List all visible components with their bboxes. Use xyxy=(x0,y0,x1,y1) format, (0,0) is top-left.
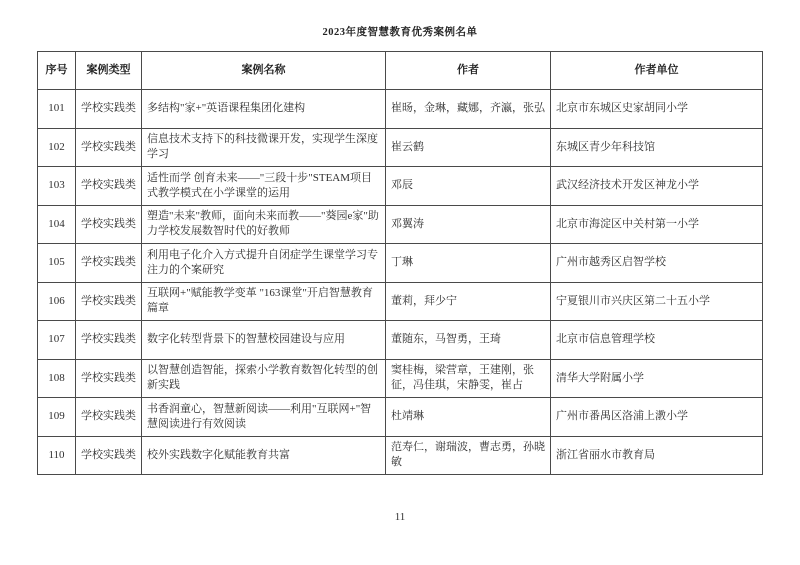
cell-author-unit: 北京市东城区史家胡同小学 xyxy=(551,90,763,129)
cell-authors: 范寿仁，谢瑞波，曹志勇，孙晓敏 xyxy=(386,436,551,475)
col-header-authors: 作者 xyxy=(386,52,551,90)
col-header-serial: 序号 xyxy=(38,52,76,90)
cell-case-type: 学校实践类 xyxy=(76,244,142,283)
cell-authors: 董莉，拜少宁 xyxy=(386,282,551,321)
cell-case-type: 学校实践类 xyxy=(76,167,142,206)
case-table: 序号 案例类型 案例名称 作者 作者单位 101 学校实践类 多结构"家+"英语… xyxy=(37,51,763,475)
cell-author-unit: 浙江省丽水市教育局 xyxy=(551,436,763,475)
cell-case-type: 学校实践类 xyxy=(76,128,142,167)
table-row: 104 学校实践类 塑造"未来"教师，面向未来而教——"葵园e家"助力学校发展数… xyxy=(38,205,763,244)
table-row: 101 学校实践类 多结构"家+"英语课程集团化建构 崔旸，金琳，藏娜，齐瀛，张… xyxy=(38,90,763,129)
table-header-row: 序号 案例类型 案例名称 作者 作者单位 xyxy=(38,52,763,90)
table-row: 109 学校实践类 书香润童心，智慧新阅读——利用"互联网+"智慧阅读进行有效阅… xyxy=(38,398,763,437)
col-header-author-unit: 作者单位 xyxy=(551,52,763,90)
cell-case-name: 以智慧创造智能，探索小学教育数智化转型的创新实践 xyxy=(142,359,386,398)
table-row: 103 学校实践类 适性而学 创育未来——"三段十步"STEAM项目式教学模式在… xyxy=(38,167,763,206)
table-row: 102 学校实践类 信息技术支持下的科技微课开发，实现学生深度学习 崔云鹤 东城… xyxy=(38,128,763,167)
cell-case-type: 学校实践类 xyxy=(76,90,142,129)
cell-authors: 邓翼涛 xyxy=(386,205,551,244)
cell-case-name: 利用电子化介入方式提升自闭症学生课堂学习专注力的个案研究 xyxy=(142,244,386,283)
page-number: 11 xyxy=(0,511,800,523)
cell-case-type: 学校实践类 xyxy=(76,359,142,398)
cell-author-unit: 北京市信息管理学校 xyxy=(551,321,763,360)
cell-case-type: 学校实践类 xyxy=(76,205,142,244)
cell-serial: 103 xyxy=(38,167,76,206)
cell-case-name: 信息技术支持下的科技微课开发，实现学生深度学习 xyxy=(142,128,386,167)
table-row: 105 学校实践类 利用电子化介入方式提升自闭症学生课堂学习专注力的个案研究 丁… xyxy=(38,244,763,283)
cell-case-type: 学校实践类 xyxy=(76,321,142,360)
table-row: 107 学校实践类 数字化转型背景下的智慧校园建设与应用 董随东，马智勇，王琦 … xyxy=(38,321,763,360)
cell-author-unit: 广州市番禺区洛浦上漖小学 xyxy=(551,398,763,437)
cell-authors: 邓辰 xyxy=(386,167,551,206)
cell-authors: 崔云鹤 xyxy=(386,128,551,167)
cell-author-unit: 东城区青少年科技馆 xyxy=(551,128,763,167)
cell-serial: 105 xyxy=(38,244,76,283)
cell-authors: 丁琳 xyxy=(386,244,551,283)
cell-case-name: 书香润童心，智慧新阅读——利用"互联网+"智慧阅读进行有效阅读 xyxy=(142,398,386,437)
cell-authors: 崔旸，金琳，藏娜，齐瀛，张弘 xyxy=(386,90,551,129)
cell-author-unit: 宁夏银川市兴庆区第二十五小学 xyxy=(551,282,763,321)
cell-authors: 杜靖琳 xyxy=(386,398,551,437)
cell-case-name: 互联网+"赋能教学变革 "163课堂"开启智慧教育篇章 xyxy=(142,282,386,321)
cell-author-unit: 武汉经济技术开发区神龙小学 xyxy=(551,167,763,206)
col-header-case-name: 案例名称 xyxy=(142,52,386,90)
document-page: 2023年度智慧教育优秀案例名单 序号 案例类型 案例名称 作者 作者单位 10… xyxy=(0,0,800,565)
cell-serial: 102 xyxy=(38,128,76,167)
cell-case-name: 校外实践数字化赋能教育共富 xyxy=(142,436,386,475)
table-row: 110 学校实践类 校外实践数字化赋能教育共富 范寿仁，谢瑞波，曹志勇，孙晓敏 … xyxy=(38,436,763,475)
cell-author-unit: 广州市越秀区启智学校 xyxy=(551,244,763,283)
cell-author-unit: 北京市海淀区中关村第一小学 xyxy=(551,205,763,244)
page-title: 2023年度智慧教育优秀案例名单 xyxy=(0,24,800,39)
table-row: 108 学校实践类 以智慧创造智能，探索小学教育数智化转型的创新实践 窦桂梅，梁… xyxy=(38,359,763,398)
cell-authors: 董随东，马智勇，王琦 xyxy=(386,321,551,360)
cell-case-type: 学校实践类 xyxy=(76,398,142,437)
cell-serial: 101 xyxy=(38,90,76,129)
cell-serial: 109 xyxy=(38,398,76,437)
cell-case-name: 数字化转型背景下的智慧校园建设与应用 xyxy=(142,321,386,360)
cell-case-name: 塑造"未来"教师，面向未来而教——"葵园e家"助力学校发展数智时代的好教师 xyxy=(142,205,386,244)
cell-case-type: 学校实践类 xyxy=(76,436,142,475)
cell-authors: 窦桂梅，梁营章，王建刚，张征，冯佳琪，宋静雯，崔占 xyxy=(386,359,551,398)
col-header-case-type: 案例类型 xyxy=(76,52,142,90)
cell-serial: 107 xyxy=(38,321,76,360)
cell-case-name: 多结构"家+"英语课程集团化建构 xyxy=(142,90,386,129)
table-row: 106 学校实践类 互联网+"赋能教学变革 "163课堂"开启智慧教育篇章 董莉… xyxy=(38,282,763,321)
cell-serial: 104 xyxy=(38,205,76,244)
cell-serial: 108 xyxy=(38,359,76,398)
cell-case-type: 学校实践类 xyxy=(76,282,142,321)
cell-case-name: 适性而学 创育未来——"三段十步"STEAM项目式教学模式在小学课堂的运用 xyxy=(142,167,386,206)
cell-serial: 106 xyxy=(38,282,76,321)
cell-serial: 110 xyxy=(38,436,76,475)
cell-author-unit: 清华大学附属小学 xyxy=(551,359,763,398)
